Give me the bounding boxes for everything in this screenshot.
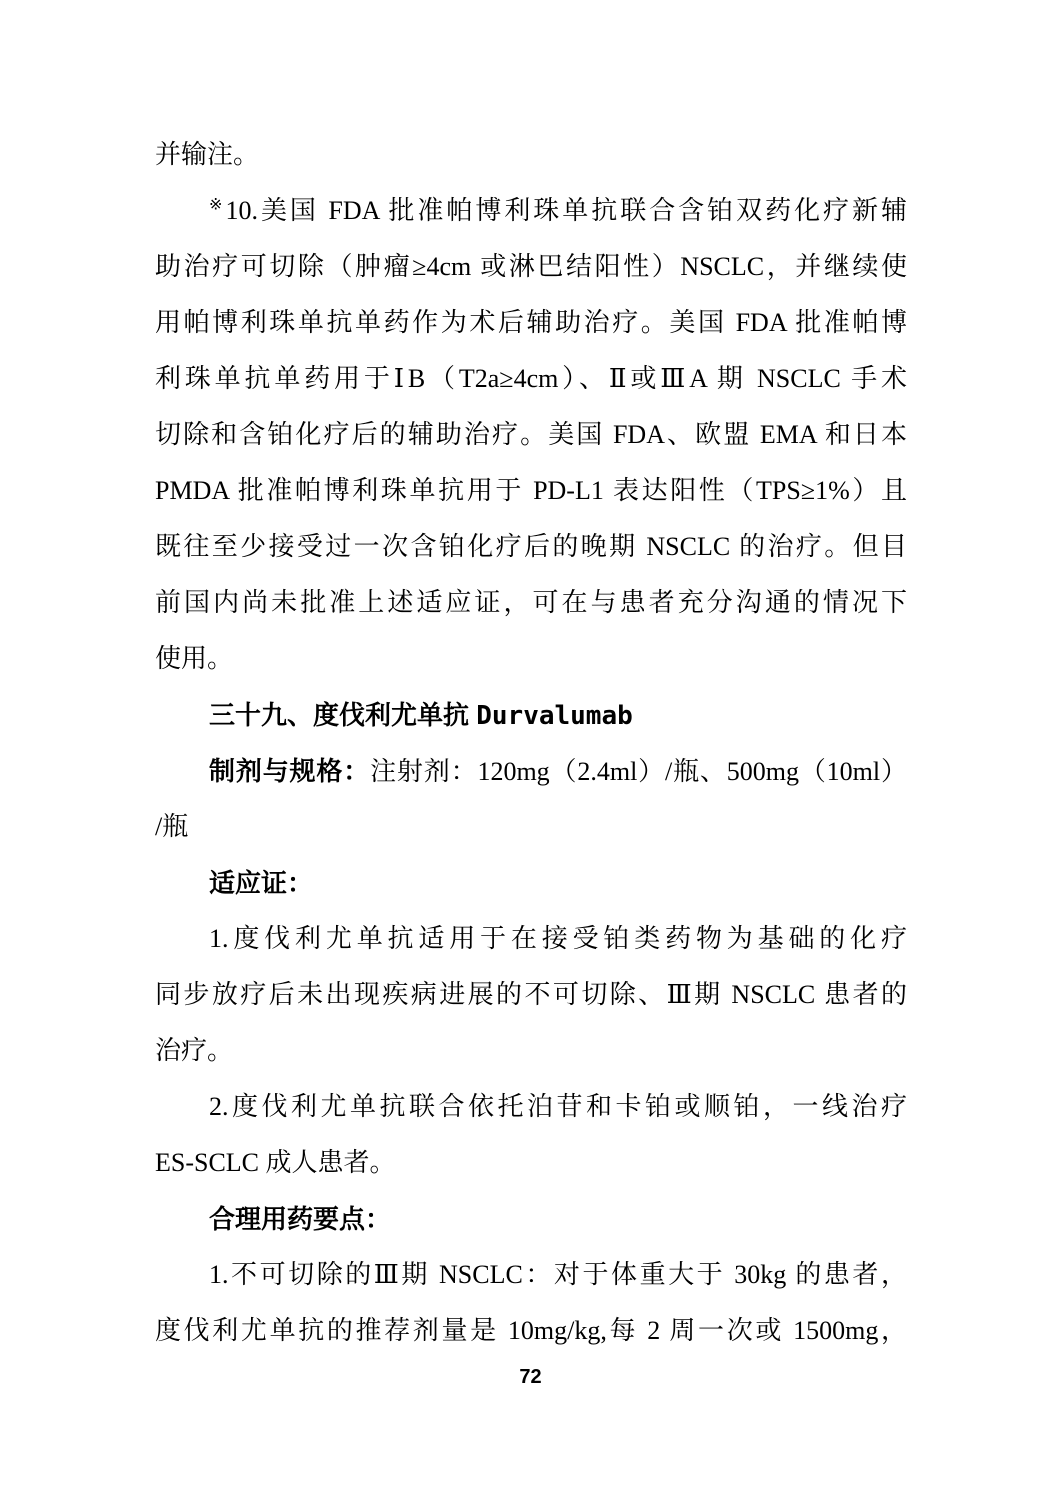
body-text: PMDA 批准帕博利珠单抗用于 PD-L1 表达阳性（TPS≥1%）且 [155, 476, 907, 505]
text-block: 并输注。※10.美国 FDA 批准帕博利珠单抗联合含铂双药化疗新辅助治疗可切除（… [155, 127, 907, 1359]
text-line: 切除和含铂化疗后的辅助治疗。美国 FDA、欧盟 EMA 和日本 [155, 407, 907, 463]
text-line: 利珠单抗单药用于ⅠB（T2a≥4cm）、Ⅱ或ⅢA 期 NSCLC 手术 [155, 351, 907, 407]
body-text: 并输注。 [155, 140, 259, 169]
body-text: 利珠单抗单药用于ⅠB（T2a≥4cm）、Ⅱ或ⅢA 期 NSCLC 手术 [155, 364, 907, 393]
text-line: 同步放疗后未出现疾病进展的不可切除、Ⅲ期 NSCLC 患者的 [155, 967, 907, 1023]
body-text: 用帕博利珠单抗单药作为术后辅助治疗。美国 FDA 批准帕博 [155, 308, 907, 337]
body-text: 既往至少接受过一次含铂化疗后的晚期 NSCLC 的治疗。但目 [155, 532, 907, 561]
text-line: ※10.美国 FDA 批准帕博利珠单抗联合含铂双药化疗新辅 [155, 183, 907, 239]
body-text: ES-SCLC 成人患者。 [155, 1148, 396, 1177]
body-text: 2.度伐利尤单抗联合依托泊苷和卡铂或顺铂，一线治疗 [209, 1092, 907, 1121]
text-line: 使用。 [155, 631, 907, 687]
text-line: 制剂与规格：注射剂：120mg（2.4ml）/瓶、500mg（10ml） [155, 743, 907, 799]
heading-text: 适应证： [209, 868, 313, 898]
heading-text: Durvalumab [476, 701, 633, 731]
heading-text: 制剂与规格： [209, 756, 370, 786]
body-text: 前国内尚未批准上述适应证，可在与患者充分沟通的情况下 [155, 588, 907, 617]
text-line: 助治疗可切除（肿瘤≥4cm 或淋巴结阳性）NSCLC，并继续使 [155, 239, 907, 295]
body-text: 治疗。 [155, 1036, 233, 1065]
page-number: 72 [0, 1366, 1061, 1389]
text-line: 1.不可切除的Ⅲ期 NSCLC：对于体重大于 30kg 的患者， [155, 1247, 907, 1303]
body-text: /瓶 [155, 812, 188, 841]
reference-mark: ※ [209, 196, 225, 213]
heading-text: 合理用药要点： [209, 1204, 391, 1234]
heading-text: 三十九、度伐利尤单抗 [209, 700, 476, 730]
body-text: 注射剂：120mg（2.4ml）/瓶、500mg（10ml） [370, 757, 907, 786]
body-text: 1.不可切除的Ⅲ期 NSCLC：对于体重大于 30kg 的患者， [209, 1260, 907, 1289]
body-text: 同步放疗后未出现疾病进展的不可切除、Ⅲ期 NSCLC 患者的 [155, 980, 907, 1009]
text-line: PMDA 批准帕博利珠单抗用于 PD-L1 表达阳性（TPS≥1%）且 [155, 463, 907, 519]
body-text: 使用。 [155, 644, 233, 673]
text-line: /瓶 [155, 799, 907, 855]
text-line: ES-SCLC 成人患者。 [155, 1135, 907, 1191]
body-text: 切除和含铂化疗后的辅助治疗。美国 FDA、欧盟 EMA 和日本 [155, 420, 907, 449]
body-text: 助治疗可切除（肿瘤≥4cm 或淋巴结阳性）NSCLC，并继续使 [155, 252, 907, 281]
text-line: 三十九、度伐利尤单抗 Durvalumab [155, 687, 907, 743]
text-line: 前国内尚未批准上述适应证，可在与患者充分沟通的情况下 [155, 575, 907, 631]
text-line: 用帕博利珠单抗单药作为术后辅助治疗。美国 FDA 批准帕博 [155, 295, 907, 351]
text-line: 治疗。 [155, 1023, 907, 1079]
body-text: 1.度伐利尤单抗适用于在接受铂类药物为基础的化疗 [209, 924, 907, 953]
text-line: 2.度伐利尤单抗联合依托泊苷和卡铂或顺铂，一线治疗 [155, 1079, 907, 1135]
text-line: 度伐利尤单抗的推荐剂量是 10mg/kg,每 2 周一次或 1500mg， [155, 1303, 907, 1359]
body-text: 10.美国 FDA 批准帕博利珠单抗联合含铂双药化疗新辅 [225, 196, 907, 225]
text-line: 既往至少接受过一次含铂化疗后的晚期 NSCLC 的治疗。但目 [155, 519, 907, 575]
document-page: 并输注。※10.美国 FDA 批准帕博利珠单抗联合含铂双药化疗新辅助治疗可切除（… [0, 0, 1061, 1500]
text-line: 合理用药要点： [155, 1191, 907, 1247]
text-line: 适应证： [155, 855, 907, 911]
text-line: 并输注。 [155, 127, 907, 183]
body-text: 度伐利尤单抗的推荐剂量是 10mg/kg,每 2 周一次或 1500mg， [155, 1316, 907, 1345]
text-line: 1.度伐利尤单抗适用于在接受铂类药物为基础的化疗 [155, 911, 907, 967]
